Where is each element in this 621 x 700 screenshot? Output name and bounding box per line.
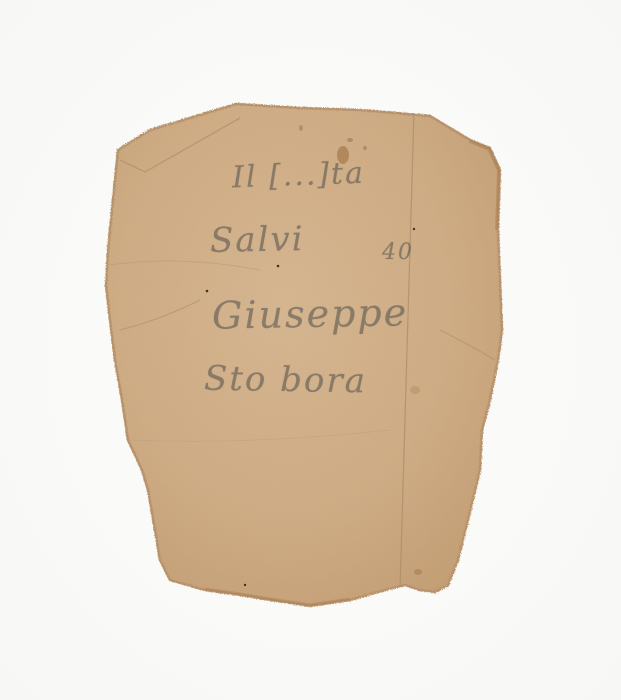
handwriting-line-2: Salvi bbox=[210, 219, 305, 261]
handwriting-number: 40 bbox=[382, 240, 414, 265]
handwriting-line-1: Il [...]ta bbox=[231, 156, 365, 196]
photo-stage: Il [...]ta Salvi 40 Giuseppe Sto bora bbox=[0, 0, 621, 700]
handwriting-line-3: Giuseppe bbox=[212, 290, 409, 337]
handwriting-line-4: Sto bora bbox=[204, 359, 368, 402]
paper-fragment bbox=[0, 0, 621, 700]
